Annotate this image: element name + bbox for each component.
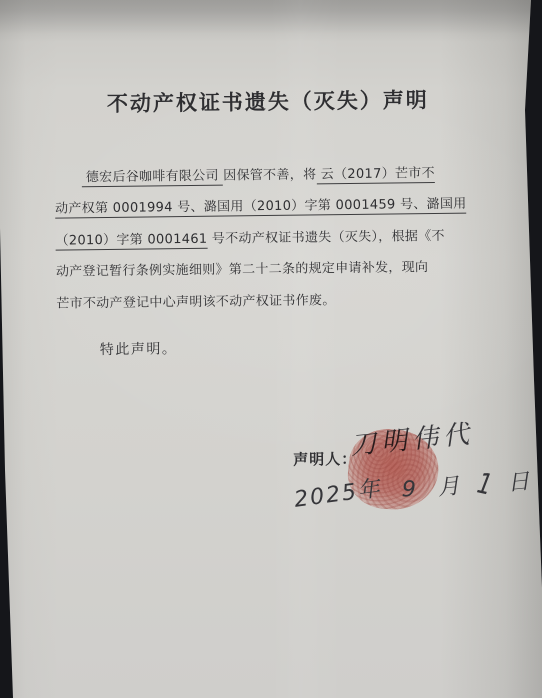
- certificate-number-underlined: 云（2017）芒市不: [316, 166, 435, 184]
- certificate-number-underlined: 动产权第 0001994 号、潞国用（2010）字第 0001459 号、潞国用: [55, 197, 467, 219]
- body-text: 动产登记暂行条例实施细则》第二十二条的规定申请补发，现向: [56, 260, 429, 280]
- certificate-number-underlined: （2010）字第 0001461: [55, 232, 207, 251]
- body-line: （2010）字第 0001461 号不动产权证书遗失（灭失），根据《不: [55, 220, 495, 257]
- body-text: 因保管不善，将: [223, 167, 316, 183]
- body-paragraph: 德宏后谷咖啡有限公司 因保管不善，将 云（2017）芒市不 动产权第 00019…: [55, 157, 497, 319]
- document-title: 不动产权证书遗失（灭失）声明: [0, 83, 539, 120]
- paper-sheet: 不动产权证书遗失（灭失）声明 德宏后谷咖啡有限公司 因保管不善，将 云（2017…: [0, 0, 542, 698]
- body-text: 号不动产权证书遗失（灭失），根据《不: [207, 229, 445, 247]
- date-month-char: 月: [436, 469, 461, 502]
- body-text: 芒市不动产登记中心声明该不动产权证书作废。: [56, 293, 335, 311]
- document-content: 不动产权证书遗失（灭失）声明 德宏后谷咖啡有限公司 因保管不善，将 云（2017…: [0, 0, 542, 698]
- declarant-name-underlined: 德宏后谷咖啡有限公司: [81, 169, 223, 188]
- date-year: 2025年: [292, 471, 383, 514]
- indent: [55, 170, 82, 185]
- date-month-number: 9: [401, 477, 416, 503]
- body-line: 动产权第 0001994 号、潞国用（2010）字第 0001459 号、潞国用: [55, 189, 495, 226]
- closing-statement: 特此声明。: [100, 338, 178, 359]
- date-day-char: 日: [506, 464, 531, 497]
- photo-background: 不动产权证书遗失（灭失）声明 德宏后谷咖啡有限公司 因保管不善，将 云（2017…: [0, 0, 542, 698]
- date-day-number: 1: [474, 468, 495, 503]
- body-line: 芒市不动产登记中心声明该不动产权证书作废。: [56, 283, 496, 320]
